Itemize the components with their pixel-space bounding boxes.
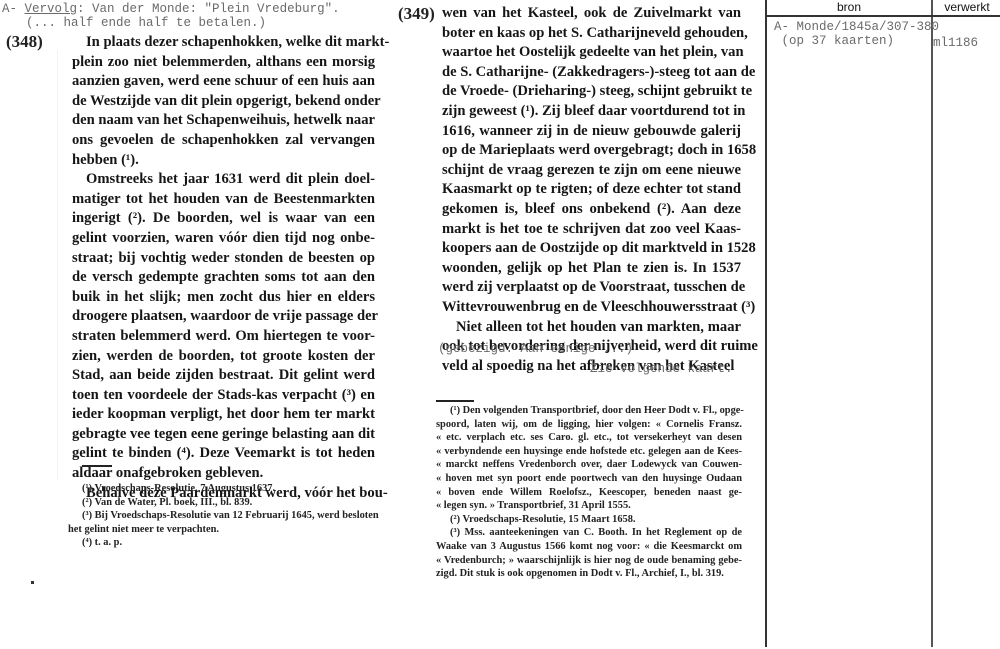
- right-page-footnotes: (¹) Den volgenden Transportbrief, door d…: [436, 404, 742, 581]
- footnote-line: « verbyndende een huysinge ende hofstede…: [436, 445, 742, 459]
- page-number-left: (348): [6, 32, 43, 52]
- card-header: A- Vervolg: Van der Monde: "Plein Vredeb…: [2, 2, 340, 16]
- footnote-line: « boven ende Willem Roelofsz., Keescoper…: [436, 486, 742, 500]
- text-line: straten belemmerd werd. Om hiertegen te …: [72, 327, 375, 347]
- footnote-line: (⁴) t. a. p.: [68, 536, 366, 550]
- page-number-right: (349): [398, 4, 435, 24]
- text-line: markt is het toe te schrijven dat zoo ve…: [442, 220, 741, 240]
- text-line: straat; bij vochtig weder stonden de bee…: [72, 249, 375, 269]
- text-line: toen ten voordeele der Stads-kas verpach…: [72, 386, 375, 406]
- text-line: wen van het Kasteel, ook de Zuivelmarkt …: [442, 4, 741, 24]
- text-line: matiger tot het houden van de Beestenmar…: [72, 190, 375, 210]
- text-line: de Vroede- (Drieharing-) steeg, schijnt …: [442, 82, 741, 102]
- footnote-rule-left: [82, 465, 112, 467]
- footnote-line: Waake van 3 Augustus 1566 komt nog voor:…: [436, 540, 742, 554]
- text-line: Niet alleen tot het houden van markten, …: [442, 318, 741, 338]
- text-line: woonden, gelijk op het Plan te zien is. …: [442, 259, 741, 279]
- header-title: : Van der Monde: "Plein Vredeburg".: [77, 2, 340, 16]
- text-line: koopers aan de Oostzijde op dit marktvel…: [442, 239, 741, 259]
- text-line: 1616, wanneer zij in de nieuw gebouwde g…: [442, 122, 741, 142]
- table-border-left: [765, 0, 767, 647]
- scan-margin-line: [57, 50, 58, 480]
- text-line: In plaats dezer schapenhokken, welke dit…: [72, 33, 375, 53]
- header-prefix: A-: [2, 2, 25, 16]
- text-line: de S. Catharijne- (Zakkedragers-)-steeg …: [442, 63, 741, 83]
- text-line: Omstreeks het jaar 1631 werd dit plein d…: [72, 170, 375, 190]
- verwerkt-code: ml1186: [933, 36, 978, 50]
- footnote-line: zigd. Dit stuk is ook opgenomen in Dodt …: [436, 567, 742, 581]
- footnote-line: spoord, laten wij, om de ligging, hier v…: [436, 418, 742, 432]
- text-line: op de Marieplaats werd overgebragt; doch…: [442, 141, 741, 161]
- text-line: ons gevoelen de schapenhokken zal vervan…: [72, 131, 375, 151]
- text-line: de Westzijde van dit plein opgerigt, bek…: [72, 92, 375, 112]
- header-subtitle: (... half ende half te betalen.): [26, 16, 266, 30]
- text-line: schijnt de vraag gerezen te zijn om eene…: [442, 161, 741, 181]
- text-line: zijn geweest (¹). Zij bleef daar voortdu…: [442, 102, 741, 122]
- text-line: Wittevrouwenbrug en de Vleeschhouwersstr…: [442, 298, 741, 318]
- text-line: gekomen is, bleef ons onbekend (²). Aan …: [442, 200, 741, 220]
- footnote-line: « etc. verplach etc. ses Caro. gl. etc.,…: [436, 431, 742, 445]
- footnote-line: (²) Vroedschaps-Resolutie, 15 Maart 1658…: [436, 513, 742, 527]
- text-line: droogere plaatsen, waardoor de vrije pas…: [72, 307, 375, 327]
- text-line: buik in het slijk; men zocht dus hier en…: [72, 288, 375, 308]
- text-line: waartoe het Oostelijk gedeelte van het p…: [442, 43, 741, 63]
- footnote-line: « hoven met syn poort ende poortwech van…: [436, 472, 742, 486]
- footnote-line: (¹) Vroedschaps-Resolutie, 7 Augustus 16…: [68, 482, 366, 496]
- column-header-verwerkt: verwerkt: [934, 0, 1000, 15]
- text-line: boter en kaas op het S. Catharijneveld g…: [442, 24, 741, 44]
- footnote-line: (²) Van de Water, Pl. boek, III., bl. 83…: [68, 496, 366, 510]
- right-page-body: wen van het Kasteel, ook de Zuivelmarkt …: [442, 4, 741, 376]
- text-line: den naam van het Schapenweihuis, hetwelk…: [72, 111, 375, 131]
- text-line: aanzien gaven, werd eene schuur of een h…: [72, 72, 375, 92]
- footnote-line: « marckt neffens Vredenborch over, daer …: [436, 458, 742, 472]
- text-line: ingerigt (²). De boorden, wel is waar va…: [72, 209, 375, 229]
- text-line: Kaasmarkt op te rigten; of deze echter t…: [442, 180, 741, 200]
- footnote-line: (¹) Den volgenden Transportbrief, door d…: [436, 404, 742, 418]
- footnote-line: « legen syn. » Transportbrief, 31 April …: [436, 499, 742, 513]
- text-line: zien, werden de boorden, tot groote kost…: [72, 347, 375, 367]
- typed-continuation: (gebezigd. Aan eenige ...): [438, 342, 633, 356]
- footnote-line: (³) Bij Vroedschaps-Resolutie van 12 Feb…: [68, 509, 366, 523]
- footnote-line: « Vredenburch; » waarschijnlijk is hier …: [436, 554, 742, 568]
- text-line: aldaar onafgebroken gebleven.: [72, 464, 375, 484]
- table-header-rule: [765, 15, 1000, 17]
- left-page-footnotes: (¹) Vroedschaps-Resolutie, 7 Augustus 16…: [68, 482, 366, 550]
- footnote-line: (³) Mss. aanteekeningen van C. Booth. In…: [436, 526, 742, 540]
- table-divider: [931, 0, 933, 647]
- footnote-line: het gelint niet meer te verpachten.: [68, 523, 366, 537]
- text-line: gelint te binden (⁴). Deze Veemarkt is t…: [72, 444, 375, 464]
- text-line: ieder koopman verpligt, het door hem ter…: [72, 405, 375, 425]
- typed-next-card: Zie volgende kaart.: [590, 362, 733, 376]
- bron-card-count: (op 37 kaarten): [774, 34, 894, 48]
- text-line: werd zij verplaatst op de Voorstraat, tu…: [442, 278, 741, 298]
- text-line: gelint voorzien, waren vóór dien tijd no…: [72, 229, 375, 249]
- header-vervolg: Vervolg: [25, 2, 78, 16]
- text-line: Stad, aan beide zijden bestraat. Dit gel…: [72, 366, 375, 386]
- text-line: de versch gedempte grachten soms tot aan…: [72, 268, 375, 288]
- text-line: gebragte vee tegen eene geringe belastin…: [72, 425, 375, 445]
- left-page-body: In plaats dezer schapenhokken, welke dit…: [72, 33, 375, 503]
- bron-reference: A- Monde/1845a/307-380: [774, 20, 939, 34]
- text-line: hebben (¹).: [72, 151, 375, 171]
- column-header-bron: bron: [767, 0, 931, 15]
- stray-dot: [31, 581, 34, 584]
- footnote-rule-right: [436, 400, 474, 402]
- text-line: plein zoo niet belemmerden, althans een …: [72, 53, 375, 73]
